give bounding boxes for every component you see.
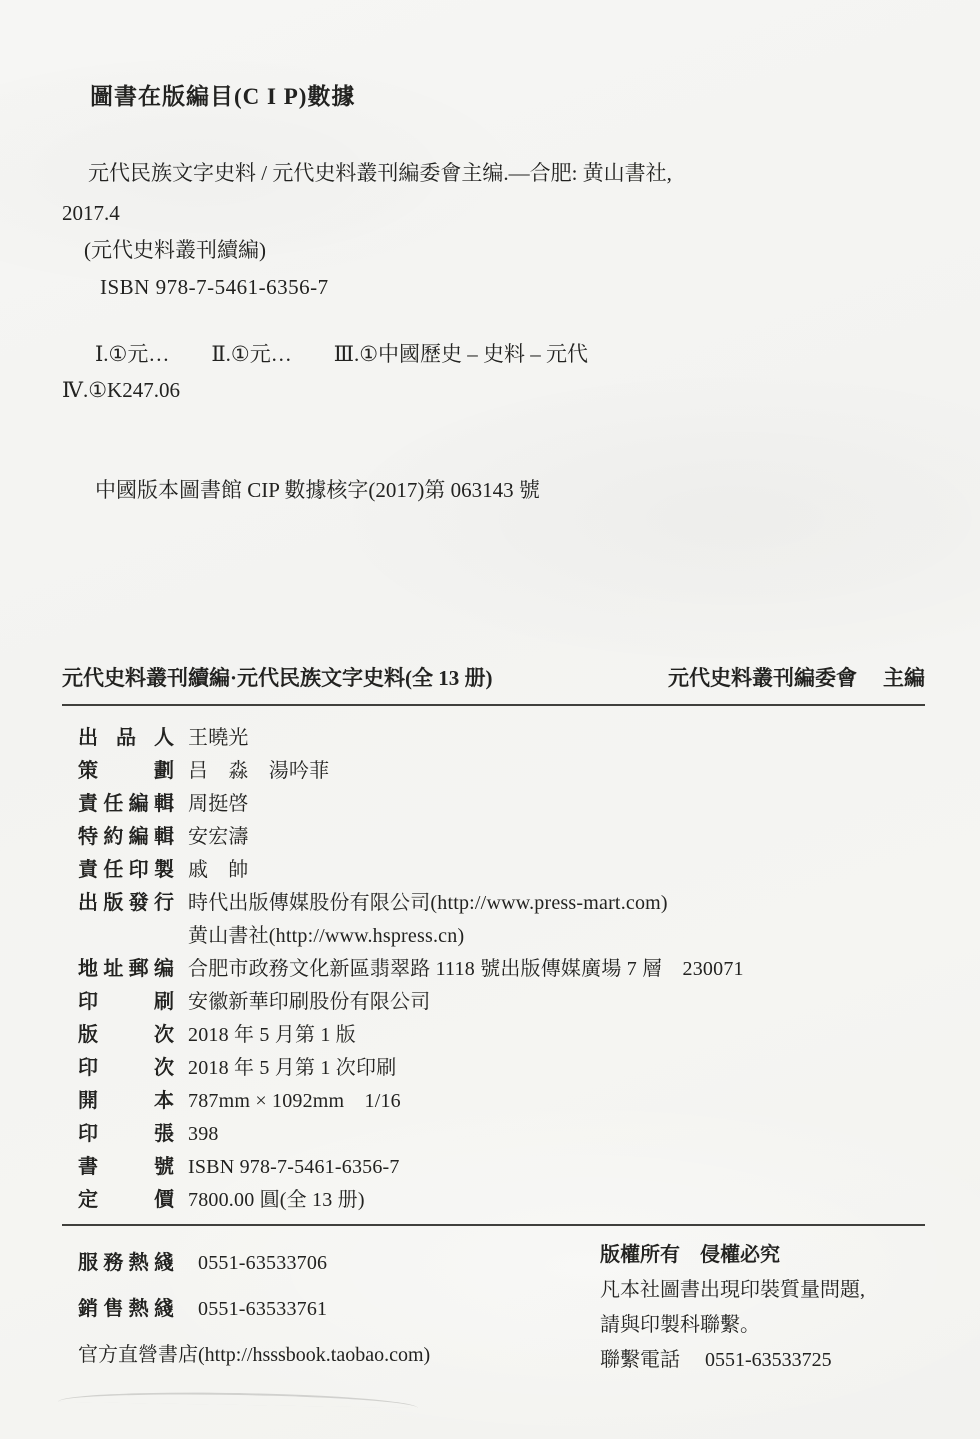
publisher-line-2: 黄山書社(http://www.hspress.cn): [188, 920, 668, 953]
row-label: 版次: [78, 1019, 174, 1052]
colophon-row-print-supervisor: 責任印製 戚 帥: [62, 854, 928, 887]
row-label: 開本: [78, 1085, 174, 1118]
row-label: 策劃: [78, 755, 174, 788]
title-band: 元代史料叢刊續編·元代民族文字史料(全 13 册) 元代史料叢刊編委會主編: [62, 662, 925, 692]
row-value: 2018 年 5 月第 1 版: [188, 1019, 356, 1052]
publisher-line-1: 時代出版傳媒股份有限公司(http://www.press-mart.com): [188, 892, 668, 914]
row-value: 7800.00 圓(全 13 册): [188, 1184, 365, 1217]
service-hotline-number: 0551-63533706: [198, 1240, 327, 1286]
colophon-row-edition: 版次 2018 年 5 月第 1 版: [62, 1019, 928, 1052]
quality-issue-line-1: 凡本社圖書出現印裝質量問題,: [600, 1273, 928, 1308]
colophon-row-impression: 印次 2018 年 5 月第 1 次印刷: [62, 1052, 928, 1085]
colophon-row-contract-editor: 特約編輯 安宏濤: [62, 821, 928, 854]
divider-rule-top: [62, 704, 925, 706]
cip-series-line: (元代史料叢刊續編): [62, 235, 928, 265]
sales-hotline-label: 銷售熱綫: [78, 1286, 174, 1332]
footer-contact-left: 服務熱綫 0551-63533706 銷售熱綫 0551-63533761 官方…: [62, 1240, 532, 1378]
row-label: 出版發行: [78, 887, 174, 920]
scanned-copyright-page: 圖書在版編目(C I P)數據 元代民族文字史料 / 元代史料叢刊編委會主编.—…: [0, 0, 980, 1439]
editor-name: 元代史料叢刊編委會: [668, 666, 857, 690]
footer-copyright-right: 版權所有 侵權必究 凡本社圖書出現印裝質量問題, 請與印製科聯繫。 聯繫電話 0…: [600, 1238, 928, 1378]
cip-record-number-line: 中國版本圖書館 CIP 數據核字(2017)第 063143 號: [62, 475, 928, 505]
copyright-notice: 版權所有 侵權必究: [600, 1238, 928, 1273]
row-value: 安宏濤: [188, 821, 249, 854]
row-label: 出品人: [78, 722, 174, 755]
cip-block: 圖書在版編目(C I P)數據 元代民族文字史料 / 元代史料叢刊編委會主编.—…: [62, 82, 928, 505]
row-value: 周挺啓: [188, 788, 249, 821]
row-value: 安徽新華印刷股份有限公司: [188, 986, 430, 1019]
sales-hotline-number: 0551-63533761: [198, 1286, 327, 1332]
editor-role: 主編: [883, 666, 925, 690]
row-label: 責任編輯: [78, 788, 174, 821]
editor-credit: 元代史料叢刊編委會主編: [668, 662, 925, 692]
row-value: 2018 年 5 月第 1 次印刷: [188, 1052, 396, 1085]
contact-phone-line: 聯繫電話 0551-63533725: [600, 1343, 928, 1378]
row-label: 定價: [78, 1184, 174, 1217]
row-value: 398: [188, 1118, 219, 1151]
cip-title-line: 元代民族文字史料 / 元代史料叢刊編委會主编.—合肥: 黄山書社,: [62, 158, 928, 188]
colophon-row-address: 地址郵编 合肥市政務文化新區翡翠路 1118 號出版傳媒廣場 7 層 23007…: [62, 953, 928, 986]
colophon-row-editor: 責任編輯 周挺啓: [62, 788, 928, 821]
cip-heading: 圖書在版編目(C I P)數據: [62, 82, 928, 112]
pencil-scan-artifact: [58, 1390, 418, 1408]
row-label: 地址郵编: [78, 953, 174, 986]
row-value: ISBN 978-7-5461-6356-7: [188, 1151, 400, 1184]
row-value: 吕 淼 湯吟菲: [188, 755, 329, 788]
book-title: 元代史料叢刊續編·元代民族文字史料(全 13 册): [62, 662, 493, 692]
divider-rule-bottom: [62, 1224, 925, 1226]
row-label: 書號: [78, 1151, 174, 1184]
row-label: 印次: [78, 1052, 174, 1085]
row-label: 印張: [78, 1118, 174, 1151]
official-store-line: 官方直營書店(http://hsssbook.taobao.com): [78, 1332, 532, 1378]
row-value: 合肥市政務文化新區翡翠路 1118 號出版傳媒廣場 7 層 230071: [188, 953, 744, 986]
row-value: 王曉光: [188, 722, 249, 755]
cip-classification-line-2: Ⅳ.①K247.06: [62, 375, 928, 405]
sales-hotline-row: 銷售熱綫 0551-63533761: [62, 1286, 532, 1332]
colophon: 出品人 王曉光 策劃 吕 淼 湯吟菲 責任編輯 周挺啓 特約編輯 安宏濤 責任印…: [62, 722, 928, 1217]
row-value: 戚 帥: [188, 854, 249, 887]
contact-phone-number: 0551-63533725: [705, 1349, 832, 1371]
cip-isbn-line: ISBN 978-7-5461-6356-7: [62, 272, 928, 302]
service-hotline-row: 服務熱綫 0551-63533706: [62, 1240, 532, 1286]
service-hotline-label: 服務熱綫: [78, 1240, 174, 1286]
colophon-row-isbn: 書號 ISBN 978-7-5461-6356-7: [62, 1151, 928, 1184]
contact-phone-label: 聯繫電話: [600, 1349, 680, 1371]
quality-issue-line-2: 請與印製科聯繫。: [600, 1308, 928, 1343]
row-label: 責任印製: [78, 854, 174, 887]
colophon-row-producer: 出品人 王曉光: [62, 722, 928, 755]
colophon-row-planners: 策劃 吕 淼 湯吟菲: [62, 755, 928, 788]
row-label: 特約編輯: [78, 821, 174, 854]
colophon-row-format: 開本 787mm × 1092mm 1/16: [62, 1085, 928, 1118]
colophon-row-publisher: 出版發行 時代出版傳媒股份有限公司(http://www.press-mart.…: [62, 887, 928, 953]
colophon-row-sheets: 印張 398: [62, 1118, 928, 1151]
cip-year-line: 2017.4: [62, 198, 928, 228]
row-value: 時代出版傳媒股份有限公司(http://www.press-mart.com) …: [188, 887, 668, 953]
row-label: 印刷: [78, 986, 174, 1019]
colophon-row-price: 定價 7800.00 圓(全 13 册): [62, 1184, 928, 1217]
row-value: 787mm × 1092mm 1/16: [188, 1085, 401, 1118]
cip-classification-line-1: Ⅰ.①元… Ⅱ.①元… Ⅲ.①中國歷史 – 史料 – 元代: [62, 339, 928, 369]
colophon-row-printer: 印刷 安徽新華印刷股份有限公司: [62, 986, 928, 1019]
